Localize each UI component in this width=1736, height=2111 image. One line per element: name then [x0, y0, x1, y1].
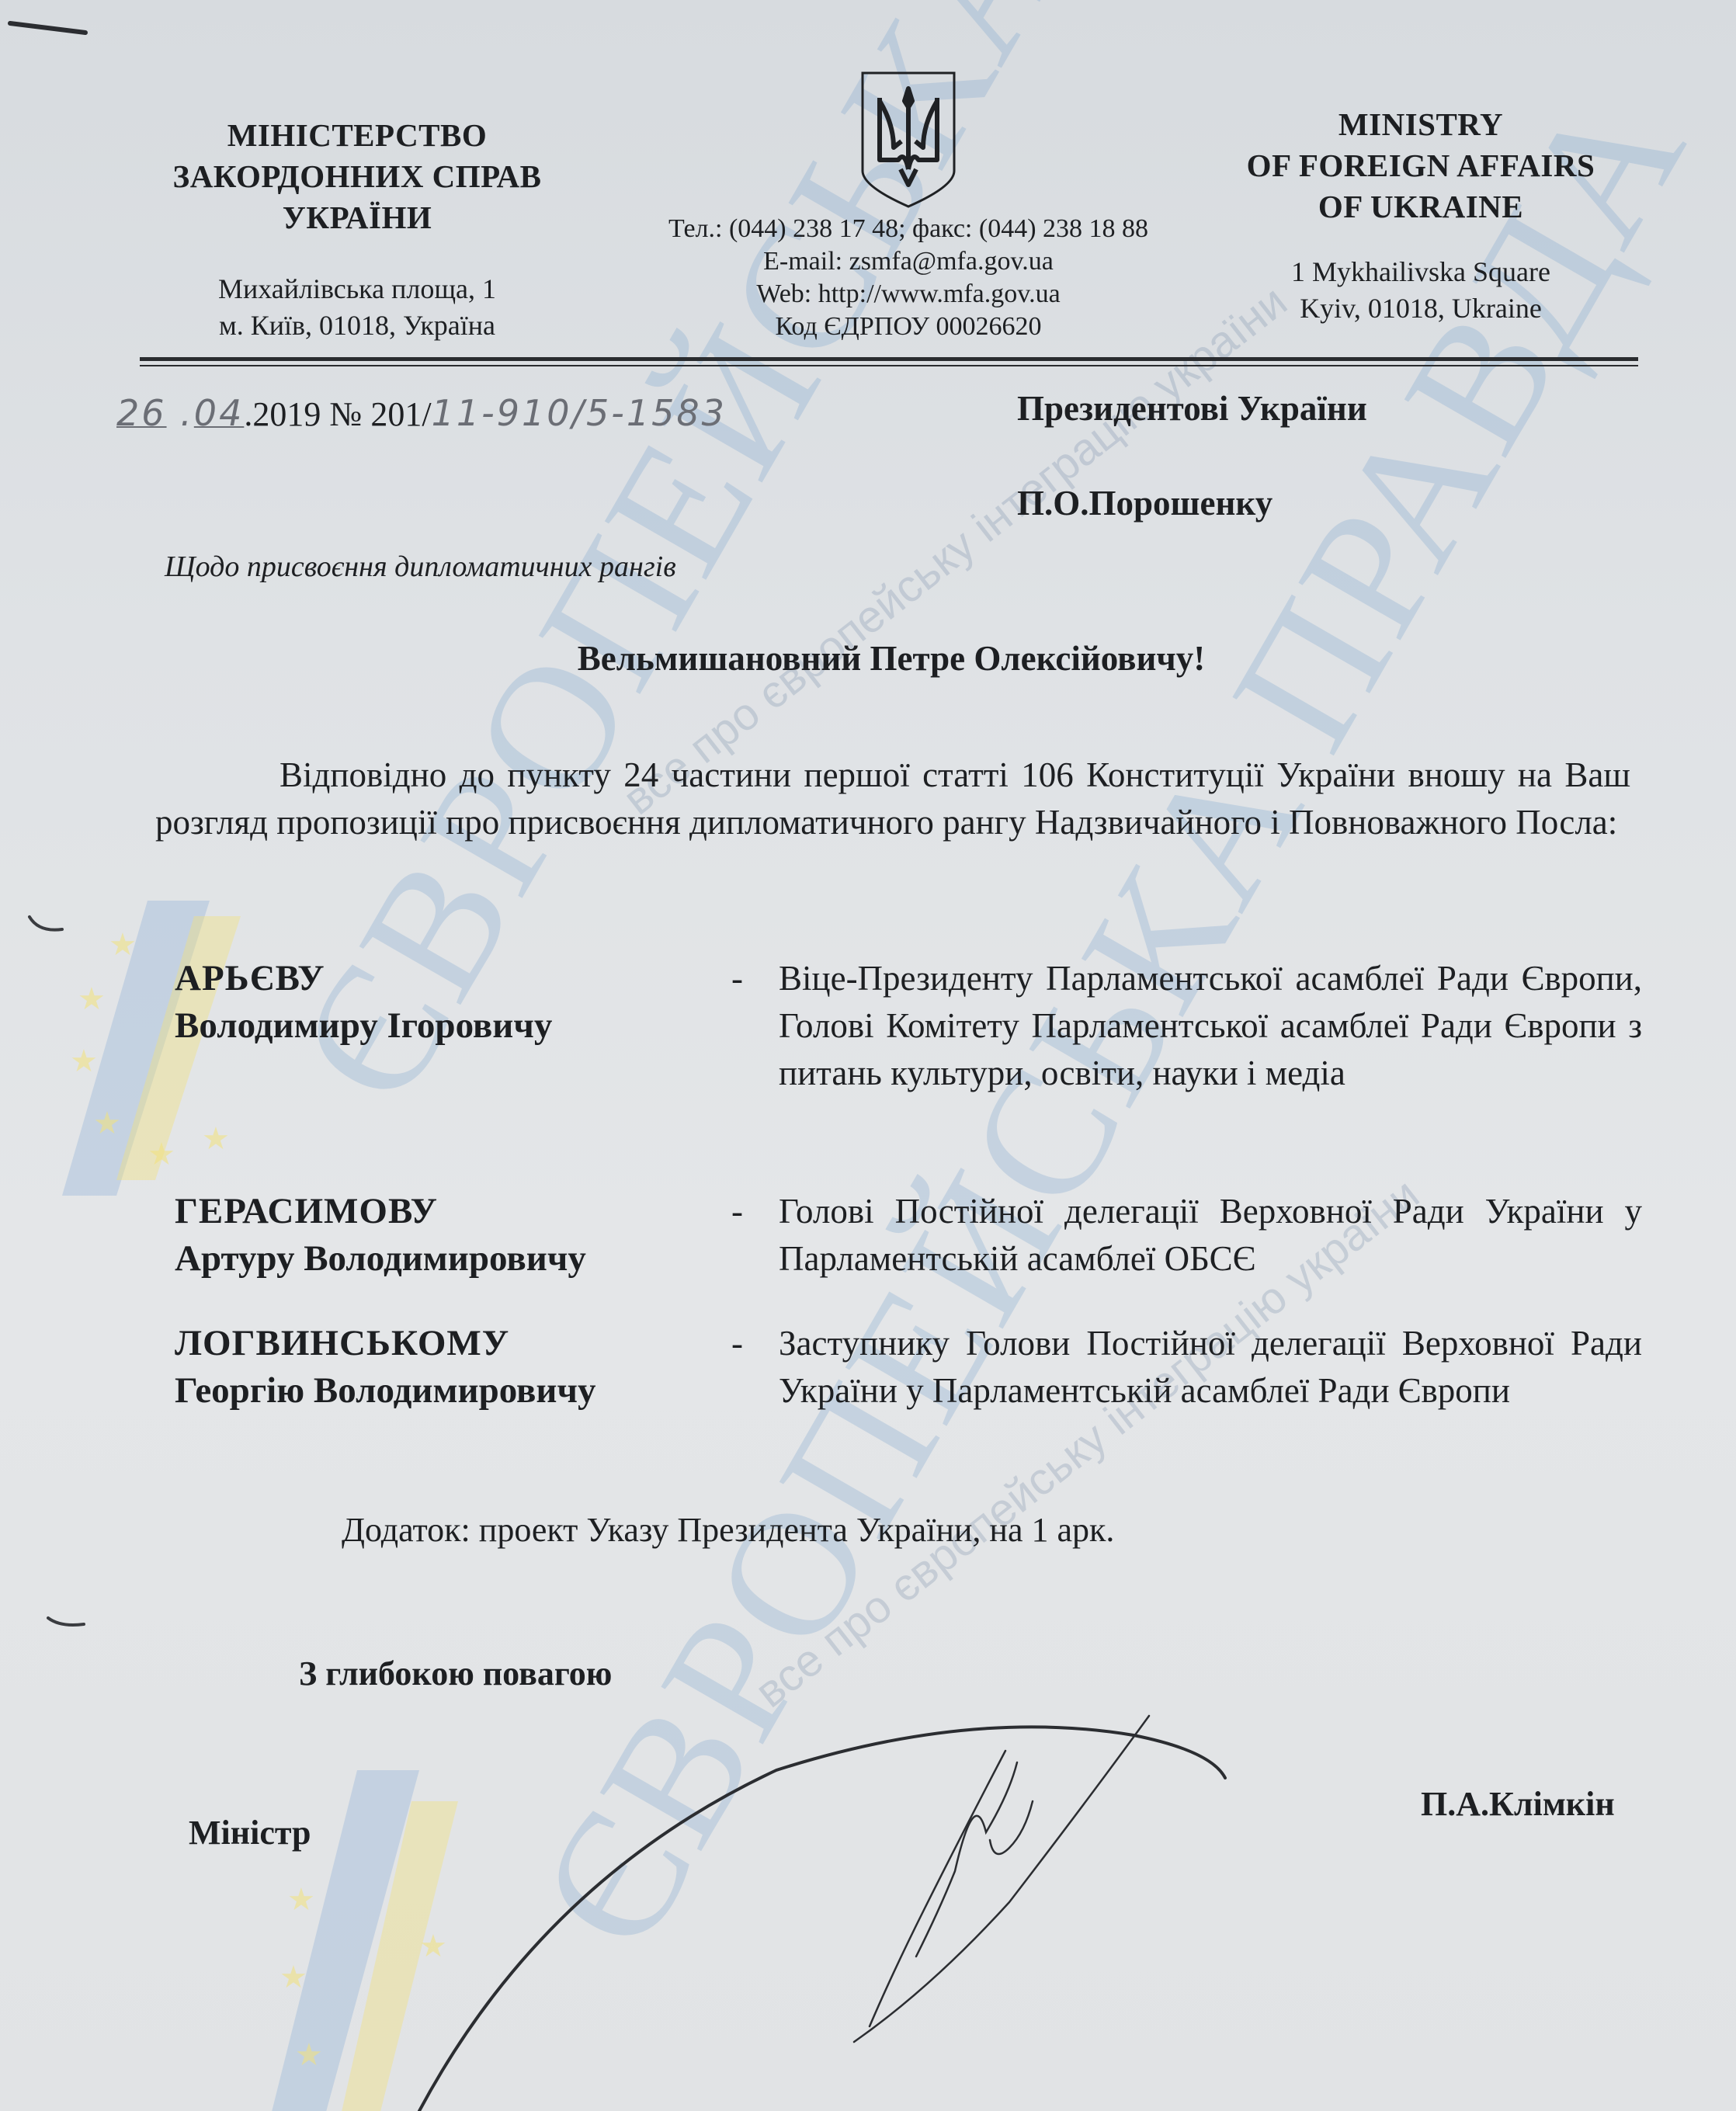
svg-text:★: ★: [419, 1929, 447, 1964]
margin-pen-mark-icon: [45, 1613, 92, 1637]
letter-page: ★★★ ★★★ ★★★★ ЄВРОПЕЙСЬКА ПРАВДА все про …: [0, 0, 1736, 2111]
number-prefix: № 201/: [329, 395, 431, 433]
letter-subject: Щодо присвоєння дипломатичних рангів: [165, 550, 676, 584]
nominee-role: Голові Постійної делегації Верховної Рад…: [779, 1188, 1642, 1283]
signatory-name: П.А.Клімкін: [1421, 1784, 1615, 1824]
letterhead-divider: [140, 365, 1638, 366]
contact-phone-fax: Тел.: (044) 238 17 48; факс: (044) 238 1…: [621, 213, 1196, 245]
letterhead-english: MINISTRY OF FOREIGN AFFAIRS OF UKRAINE 1…: [1211, 104, 1630, 327]
closing-phrase: З глибокою повагою: [299, 1654, 612, 1693]
svg-text:★: ★: [295, 2037, 323, 2073]
letterhead-divider: [140, 357, 1638, 361]
svg-text:★: ★: [202, 1121, 230, 1157]
ministry-name-uk: МІНІСТЕРСТВО ЗАКОРДОННИХ СПРАВ УКРАЇНИ: [124, 115, 590, 238]
ministry-address-uk: Михайлівська площа, 1 м. Київ, 01018, Ук…: [124, 271, 590, 344]
nominee-role: Заступнику Голови Постійної делегації Ве…: [779, 1320, 1642, 1415]
svg-text:★: ★: [109, 927, 137, 963]
body-paragraph: Відповідно до пункту 24 частини першої с…: [155, 752, 1630, 846]
nominee-given-names: Артуру Володимировичу: [175, 1235, 718, 1283]
trident-coat-of-arms-icon: [858, 70, 959, 210]
svg-text:★: ★: [70, 1043, 98, 1079]
nominee-given-names: Георгію Володимировичу: [175, 1367, 718, 1415]
contact-edrpou: Код ЄДРПОУ 00026620: [621, 311, 1196, 343]
list-dash: -: [731, 1320, 743, 1367]
letterhead-ukrainian: МІНІСТЕРСТВО ЗАКОРДОННИХ СПРАВ УКРАЇНИ М…: [124, 115, 590, 344]
svg-text:★: ★: [148, 1137, 175, 1172]
margin-pen-mark-icon: [4, 16, 97, 47]
nominee-role: Віце-Президенту Парламентської асамблеї …: [779, 955, 1642, 1097]
letterhead-contacts: Тел.: (044) 238 17 48; факс: (044) 238 1…: [621, 70, 1196, 343]
handwritten-month: 04: [194, 392, 245, 434]
printed-year: .2019: [244, 395, 321, 433]
nominee-surname: ГЕРАСИМОВУ: [175, 1188, 718, 1235]
svg-text:★: ★: [279, 1960, 307, 1995]
svg-text:★: ★: [287, 1882, 315, 1918]
svg-text:★: ★: [78, 981, 106, 1017]
addressee-title: Президентові України: [1017, 388, 1367, 429]
list-dash: -: [731, 1188, 743, 1235]
ministry-address-en: 1 Mykhailivska Square Kyiv, 01018, Ukrai…: [1211, 254, 1630, 327]
attachment-note: Додаток: проект Указу Президента України…: [342, 1510, 1114, 1550]
signatory-title: Міністр: [189, 1813, 311, 1852]
nominee-given-names: Володимиру Ігоровичу: [175, 1002, 718, 1050]
salutation: Вельмишановний Петре Олексійовичу!: [0, 638, 1736, 679]
nominee-surname: ЛОГВИНСЬКОМУ: [175, 1320, 718, 1367]
addressee-name: П.О.Порошенку: [1017, 483, 1272, 523]
eu-flag-brush-watermark-icon: ★★★★: [233, 1755, 481, 2111]
svg-text:★: ★: [93, 1106, 121, 1141]
contact-web: Web: http://www.mfa.gov.ua: [621, 278, 1196, 311]
list-dash: -: [731, 955, 743, 1002]
ministry-name-en: MINISTRY OF FOREIGN AFFAIRS OF UKRAINE: [1211, 104, 1630, 227]
handwritten-day: 26: [116, 392, 167, 434]
contact-email: E-mail: zsmfa@mfa.gov.ua: [621, 245, 1196, 278]
nominee-surname: АРЬЄВУ: [175, 955, 718, 1002]
handwritten-number: 11-910/5-1583: [432, 392, 727, 434]
registration-number: 26 .04.2019 № 201/11-910/5-1583: [116, 392, 727, 434]
margin-pen-mark-icon: [23, 912, 70, 943]
